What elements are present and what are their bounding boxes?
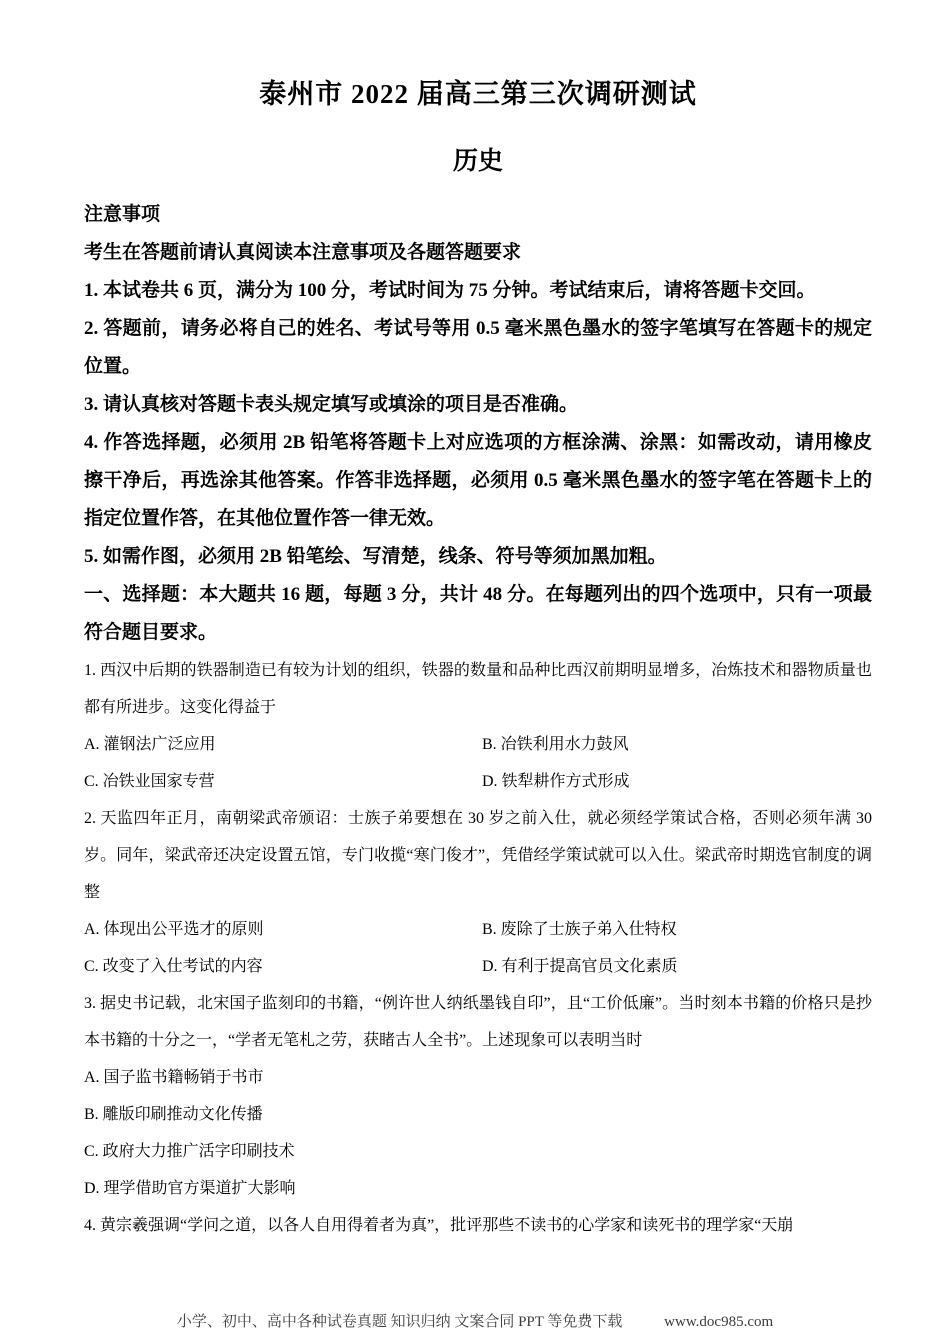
question-2-options: A. 体现出公平选才的原则 B. 废除了士族子弟入仕特权 C. 改变了入仕考试的…	[84, 911, 872, 985]
footer-text: 小学、初中、高中各种试卷真题 知识归纳 文案合同 PPT 等免费下载	[177, 1314, 623, 1330]
notice-item-5: 5. 如需作图，必须用 2B 铅笔绘、写清楚，线条、符号等须加黑加粗。	[84, 538, 872, 576]
notice-section: 注意事项 考生在答题前请认真阅读本注意事项及各题答题要求 1. 本试卷共 6 页…	[84, 196, 872, 576]
exam-page: 泰州市 2022 届高三第三次调研测试 历史 注意事项 考生在答题前请认真阅读本…	[0, 0, 950, 1244]
question-3-option-b: B. 雕版印刷推动文化传播	[84, 1096, 872, 1133]
subject-title: 历史	[84, 146, 872, 178]
page-footer: 小学、初中、高中各种试卷真题 知识归纳 文案合同 PPT 等免费下载 www.d…	[0, 1312, 950, 1332]
question-3-stem: 3. 据史书记载，北宋国子监刻印的书籍，“例许世人纳纸墨钱自印”，且“工价低廉”…	[84, 985, 872, 1059]
question-1-option-a: A. 灌钢法广泛应用	[84, 726, 482, 763]
question-4-stem: 4. 黄宗羲强调“学问之道，以各人自用得着者为真”，批评那些不读书的心学家和读死…	[84, 1207, 872, 1244]
notice-heading: 注意事项	[84, 196, 872, 234]
question-4: 4. 黄宗羲强调“学问之道，以各人自用得着者为真”，批评那些不读书的心学家和读死…	[84, 1207, 872, 1244]
question-1-option-c: C. 冶铁业国家专营	[84, 763, 482, 800]
notice-item-1: 1. 本试卷共 6 页，满分为 100 分，考试时间为 75 分钟。考试结束后，…	[84, 272, 872, 310]
notice-intro: 考生在答题前请认真阅读本注意事项及各题答题要求	[84, 234, 872, 272]
question-3-option-c: C. 政府大力推广活字印刷技术	[84, 1133, 872, 1170]
question-3-option-d: D. 理学借助官方渠道扩大影响	[84, 1170, 872, 1207]
question-2-option-a: A. 体现出公平选才的原则	[84, 911, 482, 948]
question-3-option-a: A. 国子监书籍畅销于书市	[84, 1059, 872, 1096]
notice-item-3: 3. 请认真核对答题卡表头规定填写或填涂的项目是否准确。	[84, 386, 872, 424]
section-heading: 一、选择题：本大题共 16 题，每题 3 分，共计 48 分。在每题列出的四个选…	[84, 576, 872, 652]
question-2-option-d: D. 有利于提高官员文化素质	[482, 948, 872, 985]
notice-item-2: 2. 答题前，请务必将自己的姓名、考试号等用 0.5 毫米黑色墨水的签字笔填写在…	[84, 310, 872, 386]
question-2-option-c: C. 改变了入仕考试的内容	[84, 948, 482, 985]
notice-item-4: 4. 作答选择题，必须用 2B 铅笔将答题卡上对应选项的方框涂满、涂黑：如需改动…	[84, 424, 872, 538]
question-1-option-b: B. 冶铁利用水力鼓风	[482, 726, 872, 763]
page-title: 泰州市 2022 届高三第三次调研测试	[84, 76, 872, 112]
question-3: 3. 据史书记载，北宋国子监刻印的书籍，“例许世人纳纸墨钱自印”，且“工价低廉”…	[84, 985, 872, 1207]
question-2-stem: 2. 天监四年正月，南朝梁武帝颁诏：士族子弟要想在 30 岁之前入仕，就必须经学…	[84, 800, 872, 911]
question-2-option-b: B. 废除了士族子弟入仕特权	[482, 911, 872, 948]
question-1-stem: 1. 西汉中后期的铁器制造已有较为计划的组织，铁器的数量和品种比西汉前期明显增多…	[84, 652, 872, 726]
question-3-options: A. 国子监书籍畅销于书市 B. 雕版印刷推动文化传播 C. 政府大力推广活字印…	[84, 1059, 872, 1207]
question-2: 2. 天监四年正月，南朝梁武帝颁诏：士族子弟要想在 30 岁之前入仕，就必须经学…	[84, 800, 872, 985]
question-1-option-d: D. 铁犁耕作方式形成	[482, 763, 872, 800]
question-1: 1. 西汉中后期的铁器制造已有较为计划的组织，铁器的数量和品种比西汉前期明显增多…	[84, 652, 872, 800]
footer-url-link[interactable]: www.doc985.com	[664, 1314, 773, 1330]
question-1-options: A. 灌钢法广泛应用 B. 冶铁利用水力鼓风 C. 冶铁业国家专营 D. 铁犁耕…	[84, 726, 872, 800]
